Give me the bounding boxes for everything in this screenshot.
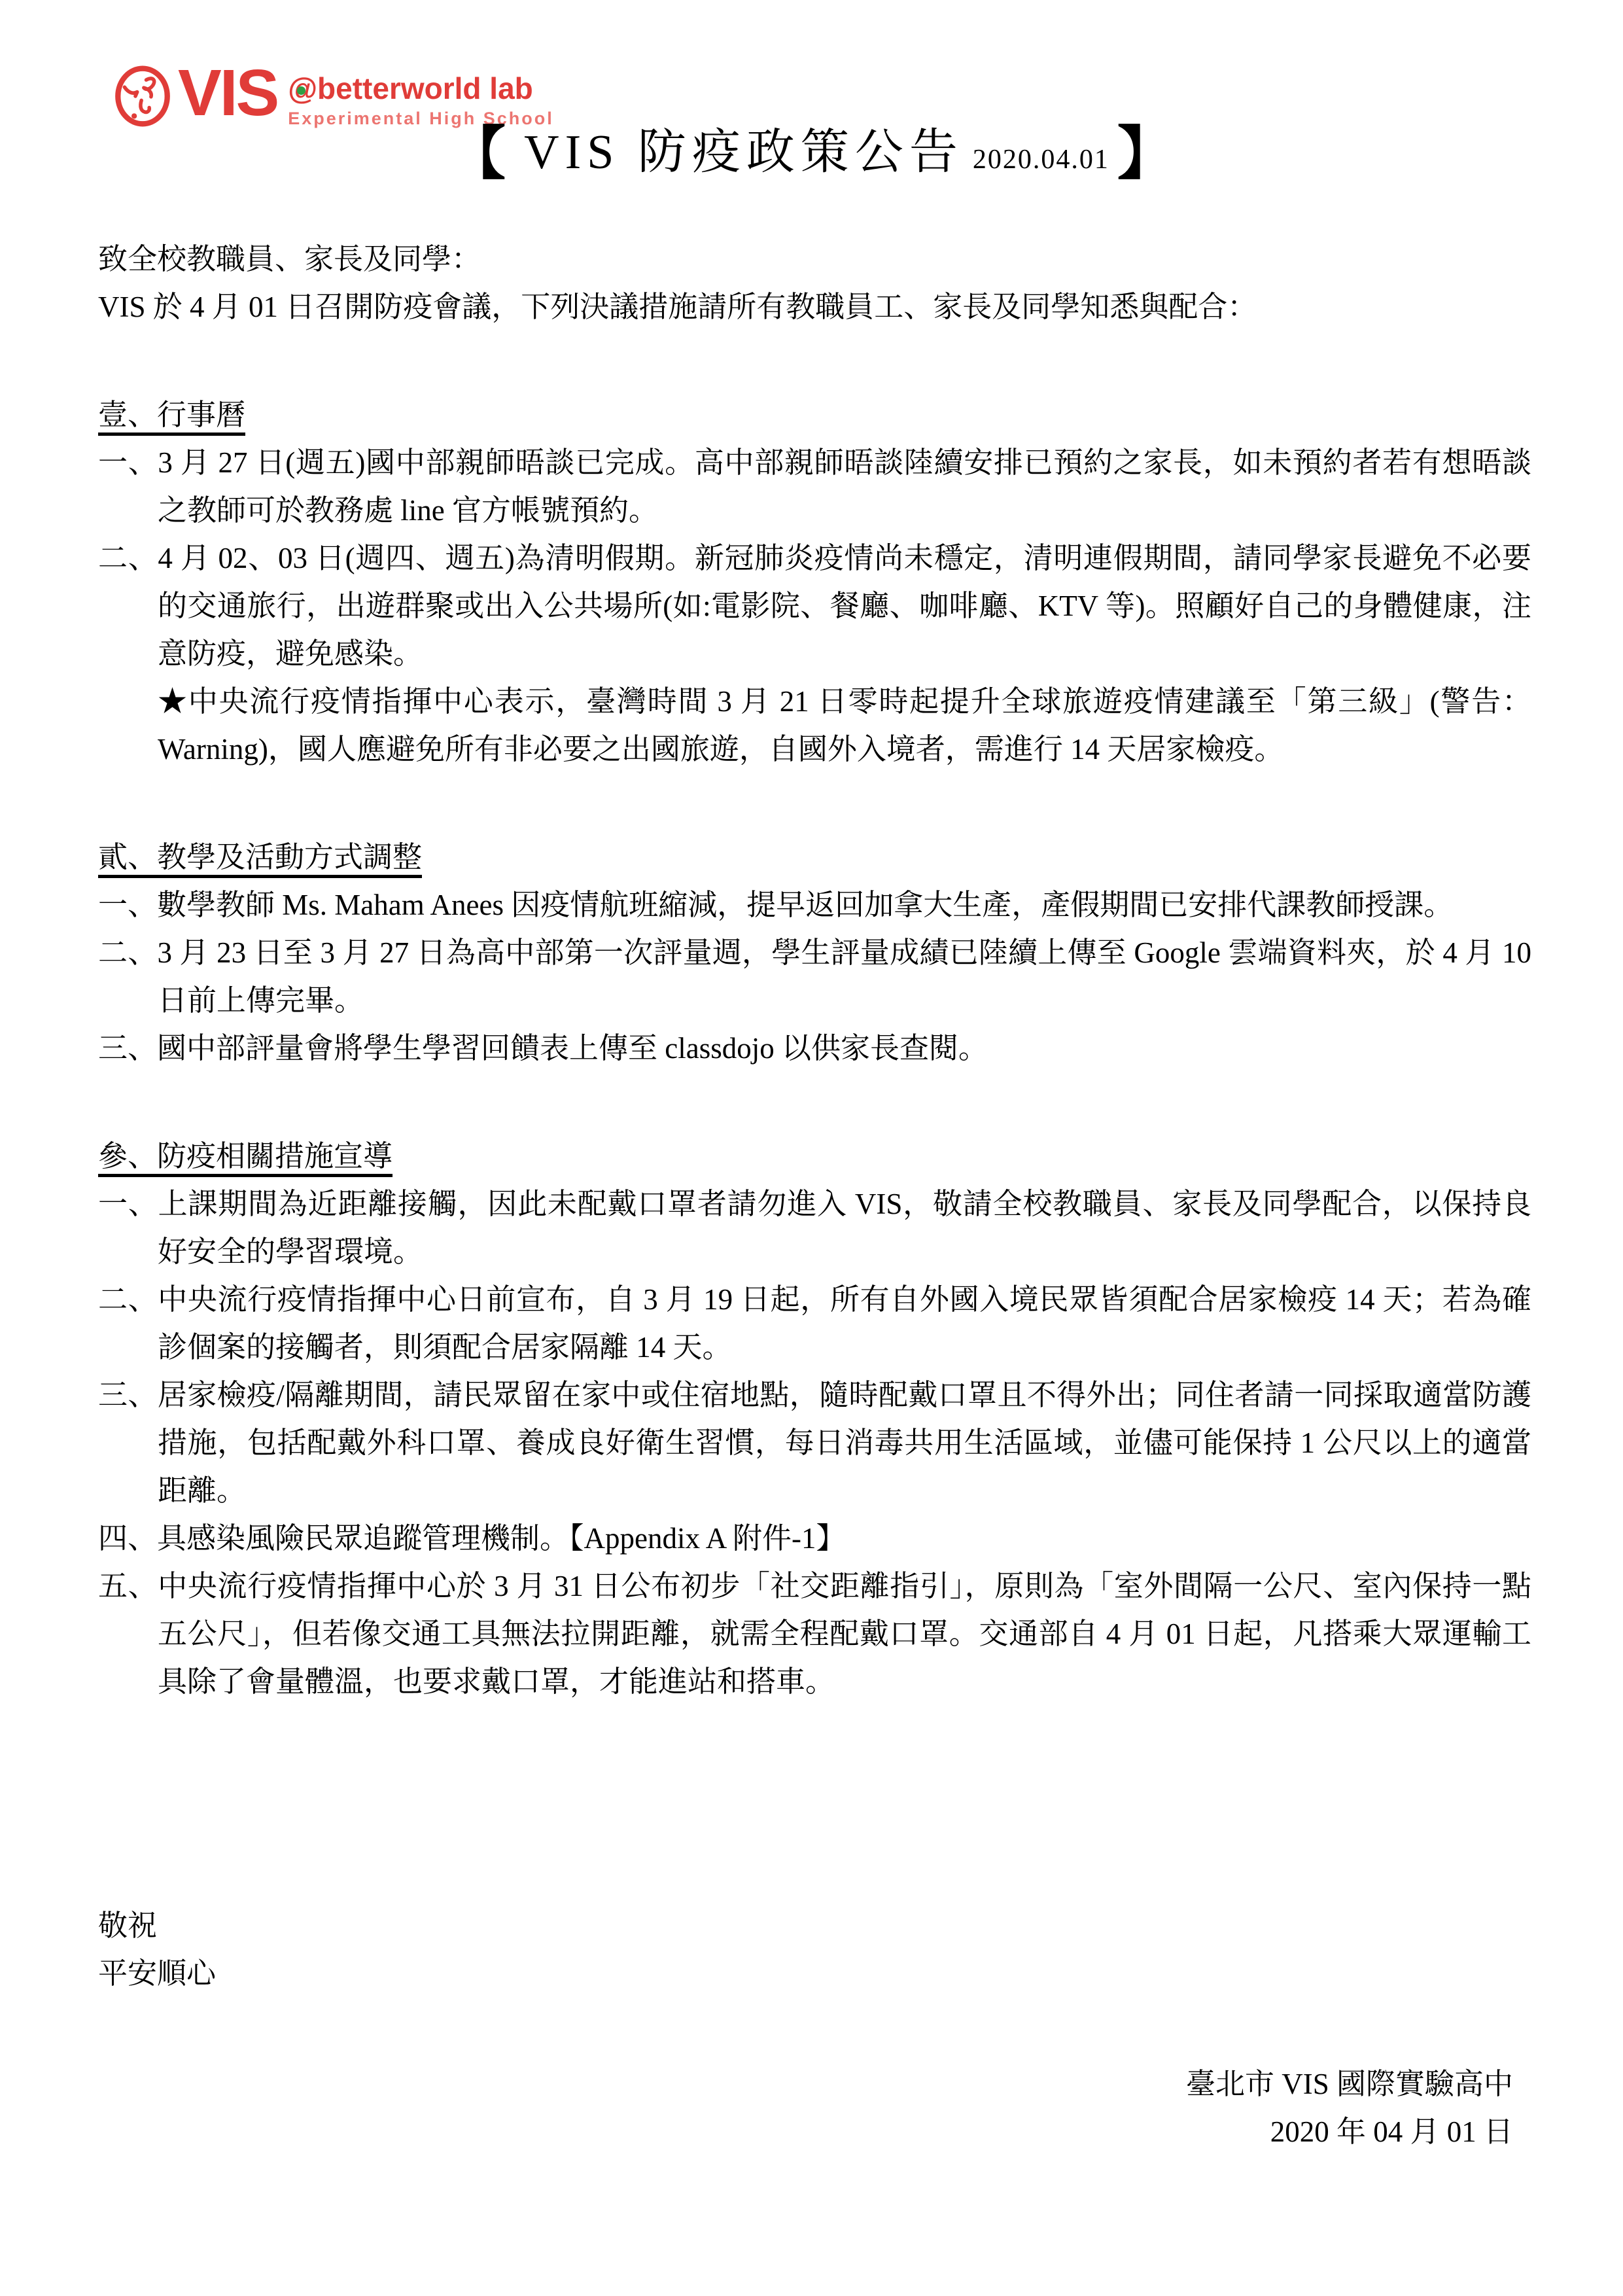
list-item: 四、具感染風險民眾追蹤管理機制。【Appendix A 附件-1】 — [98, 1515, 1531, 1563]
list-item: 一、數學教師 Ms. Maham Anees 因疫情航班縮減，提早返回加拿大生產… — [98, 881, 1531, 929]
list-item: 二、3 月 23 日至 3 月 27 日為高中部第一次評量週，學生評量成績已陸續… — [98, 929, 1531, 1025]
closing-line: 平安順心 — [98, 1950, 1531, 1998]
title-text: VIS 防疫政策公告 — [524, 126, 964, 179]
logo-lab-text: betterworld lab — [317, 71, 533, 105]
list-item: 二、4 月 02、03 日(週四、週五)為清明假期。新冠肺炎疫情尚未穩定，清明連… — [98, 535, 1531, 678]
logo-vis-text: VIS — [178, 63, 277, 123]
list-item: 一、3 月 27 日(週五)國中部親師晤談已完成。高中部親師晤談陸續安排已預約之… — [98, 439, 1531, 535]
section-heading: 貳、教學及活動方式調整 — [98, 834, 1531, 881]
list-item: 三、居家檢疫/隔離期間，請民眾留在家中或住宿地點，隨時配戴口罩且不得外出；同住者… — [98, 1371, 1531, 1515]
page-title: 【VIS 防疫政策公告2020.04.01】 — [0, 116, 1623, 202]
signature-block: 臺北市 VIS 國際實驗高中 2020 年 04 月 01 日 — [98, 2060, 1531, 2156]
section-epidemic-measures: 參、防疫相關措施宣導 一、上課期間為近距離接觸，因此未配戴口罩者請勿進入 VIS… — [98, 1133, 1531, 1706]
closing-wishes: 敬祝 平安順心 — [98, 1902, 1531, 1998]
document-body: 致全校教職員、家長及同學： VIS 於 4 月 01 日召開防疫會議，下列決議措… — [98, 236, 1531, 2156]
title-bracket-open: 【 — [448, 123, 506, 186]
title-date: 2020.04.01 — [973, 145, 1109, 175]
section-heading: 參、防疫相關措施宣導 — [98, 1133, 1531, 1180]
greeting-line: VIS 於 4 月 01 日召開防疫會議，下列決議措施請所有教職員工、家長及同學… — [98, 283, 1531, 331]
section-teaching-adjustment: 貳、教學及活動方式調整 一、數學教師 Ms. Maham Anees 因疫情航班… — [98, 834, 1531, 1072]
closing-line: 敬祝 — [98, 1902, 1531, 1950]
announcement-document: VIS @betterworld lab Experimental High S… — [0, 0, 1623, 2296]
at-globe-icon: @ — [288, 73, 317, 103]
list-item: 三、國中部評量會將學生學習回饋表上傳至 classdojo 以供家長查閱。 — [98, 1025, 1531, 1072]
list-item: 一、上課期間為近距離接觸，因此未配戴口罩者請勿進入 VIS，敬請全校教職員、家長… — [98, 1180, 1531, 1276]
greeting-line: 致全校教職員、家長及同學： — [98, 236, 1531, 283]
list-item-star-note: ★中央流行疫情指揮中心表示，臺灣時間 3 月 21 日零時起提升全球旅遊疫情建議… — [98, 678, 1531, 773]
list-item: 二、中央流行疫情指揮中心日前宣布，自 3 月 19 日起，所有自外國入境民眾皆須… — [98, 1276, 1531, 1371]
signature-school: 臺北市 VIS 國際實驗高中 — [98, 2060, 1513, 2108]
section-heading: 壹、行事曆 — [98, 391, 1531, 439]
logo-lab-line: @betterworld lab — [288, 73, 554, 103]
signature-date: 2020 年 04 月 01 日 — [98, 2108, 1513, 2156]
section-calendar: 壹、行事曆 一、3 月 27 日(週五)國中部親師晤談已完成。高中部親師晤談陸續… — [98, 391, 1531, 773]
title-bracket-close: 】 — [1117, 123, 1175, 186]
list-item: 五、中央流行疫情指揮中心於 3 月 31 日公布初步「社交距離指引」，原則為「室… — [98, 1563, 1531, 1706]
